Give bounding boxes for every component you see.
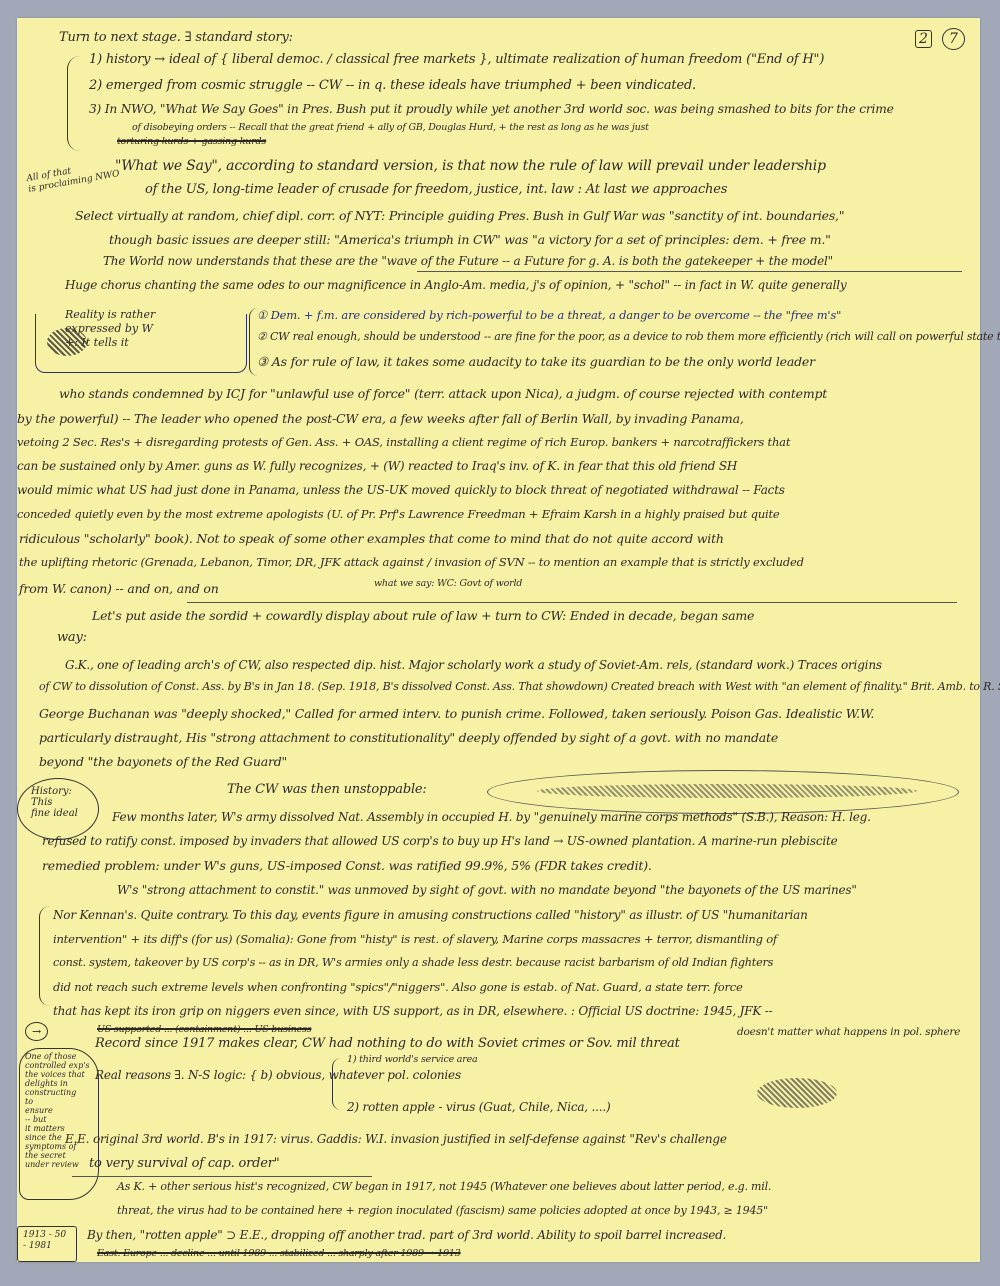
handwritten-line: Record since 1917 makes clear, CW had no…	[95, 1036, 680, 1051]
underline-rule	[72, 1176, 372, 1177]
underline-rule	[417, 271, 962, 272]
handwritten-line: remedied problem: under W's guns, US-imp…	[42, 858, 652, 873]
handwritten-line: W's "strong attachment to constit." was …	[117, 883, 857, 897]
handwritten-line: By then, "rotten apple" ⊃ E.E., dropping…	[87, 1228, 726, 1242]
handwritten-line-struck: US supported ... (containment) ... US bu…	[97, 1024, 311, 1035]
left-bracket	[67, 56, 80, 151]
handwritten-line: 1) history → ideal of { liberal democ. /…	[89, 52, 824, 67]
handwritten-line: who stands condemned by ICJ for "unlawfu…	[59, 386, 827, 401]
handwritten-line: Select virtually at random, chief dipl. …	[75, 208, 844, 223]
handwritten-line-struck: East. Europe ... decline ... until 1989 …	[97, 1248, 461, 1259]
page-number-circled: 7	[942, 28, 965, 50]
handwritten-line: Nor Kennan's. Quite contrary. To this da…	[53, 908, 808, 922]
handwritten-line: Turn to next stage. ∃ standard story:	[59, 30, 293, 45]
handwritten-line: George Buchanan was "deeply shocked," Ca…	[39, 706, 874, 721]
handwritten-line: ③ As for rule of law, it takes some auda…	[257, 354, 815, 369]
handwritten-line: G.K., one of leading arch's of CW, also …	[65, 658, 882, 672]
handwritten-line: did not reach such extreme levels when c…	[53, 980, 743, 994]
handwritten-line: vetoing 2 Sec. Res's + disregarding prot…	[17, 435, 790, 449]
handwritten-line: that has kept its iron grip on niggers e…	[53, 1004, 773, 1018]
handwritten-line: const. system, takeover by US corp's -- …	[53, 956, 773, 969]
handwritten-line: beyond "the bayonets of the Red Guard"	[39, 754, 287, 769]
handwritten-line: ① Dem. + f.m. are considered by rich-pow…	[257, 308, 841, 322]
page-number-boxed: 2	[915, 30, 932, 48]
handwritten-line: of the US, long-time leader of crusade f…	[145, 182, 727, 197]
handwritten-line: ② CW real enough, should be understood -…	[257, 330, 1000, 343]
handwritten-line: particularly distraught, His "strong att…	[39, 730, 778, 745]
handwritten-line: The World now understands that these are…	[103, 254, 833, 268]
handwritten-line: doesn't matter what happens in pol. sphe…	[737, 1026, 960, 1038]
handwritten-line: threat, the virus had to be contained he…	[117, 1204, 768, 1217]
handwritten-line: way:	[57, 630, 87, 645]
list-bracket	[332, 1058, 341, 1110]
handwritten-line: As K. + other serious hist's recognized,…	[117, 1180, 771, 1193]
handwritten-line: intervention" + its diff's (for us) (Som…	[53, 932, 777, 946]
margin-note-all-of-that: All of that is proclaiming NWO	[26, 158, 121, 196]
handwritten-line: E.E. original 3rd world. B's in 1917: vi…	[65, 1132, 727, 1146]
handwritten-line: the uplifting rhetoric (Grenada, Lebanon…	[19, 555, 804, 569]
margin-note-dates: 1913 - 50 - 1981	[23, 1230, 66, 1252]
handwritten-line: ridiculous "scholarly" book). Not to spe…	[19, 531, 724, 546]
margin-note-history: History: This fine ideal	[31, 786, 78, 819]
handwritten-line: "What we Say", according to standard ver…	[115, 158, 826, 174]
crossed-out-text	[537, 784, 917, 798]
handwritten-line: can be sustained only by Amer. guns as W…	[17, 459, 737, 473]
handwritten-line: refused to ratify const. imposed by inva…	[42, 834, 838, 848]
handwritten-line: Real reasons ∃. N-S logic: { b) obvious,…	[95, 1068, 461, 1082]
handwritten-line: of disobeying orders -- Recall that the …	[132, 122, 649, 133]
handwritten-line-struck: torturing kurds + gassing kurds	[117, 136, 266, 147]
handwritten-line: 2) rotten apple - virus (Guat, Chile, Ni…	[347, 1100, 610, 1114]
scribble-mark	[47, 328, 87, 356]
handwritten-line: The CW was then unstoppable:	[227, 782, 427, 797]
handwritten-line: 1) third world's service area	[347, 1054, 478, 1065]
handwritten-line: of CW to dissolution of Const. Ass. by B…	[39, 680, 1000, 693]
handwritten-line: though basic issues are deeper still: "A…	[109, 232, 831, 247]
handwritten-line: from W. canon) -- and on, and on	[19, 581, 219, 596]
arrow-circle-icon: →	[25, 1022, 48, 1041]
handwritten-line: conceded quietly even by the most extrem…	[17, 507, 780, 521]
handwritten-line: Huge chorus chanting the same odes to ou…	[65, 278, 846, 292]
handwritten-line: to very survival of cap. order"	[89, 1156, 280, 1171]
handwritten-line: Few months later, W's army dissolved Nat…	[112, 810, 871, 824]
handwritten-line: would mimic what US had just done in Pan…	[17, 483, 785, 497]
left-bracket	[39, 906, 50, 1006]
handwritten-line: 2) emerged from cosmic struggle -- CW --…	[89, 78, 696, 93]
manuscript-page: 2 7 Turn to next stage. ∃ standard story…	[17, 18, 980, 1262]
handwritten-line: 3) In NWO, "What We Say Goes" in Pres. B…	[89, 102, 894, 116]
underline-rule	[187, 602, 957, 603]
margin-note-one-of-those: One of those controlled exp's the voices…	[25, 1052, 90, 1169]
handwritten-line: by the powerful) -- The leader who opene…	[17, 411, 744, 426]
handwritten-line: what we say: WC: Govt of world	[374, 578, 522, 589]
handwritten-line: Let's put aside the sordid + cowardly di…	[92, 608, 754, 623]
scribble-mark	[757, 1078, 837, 1108]
